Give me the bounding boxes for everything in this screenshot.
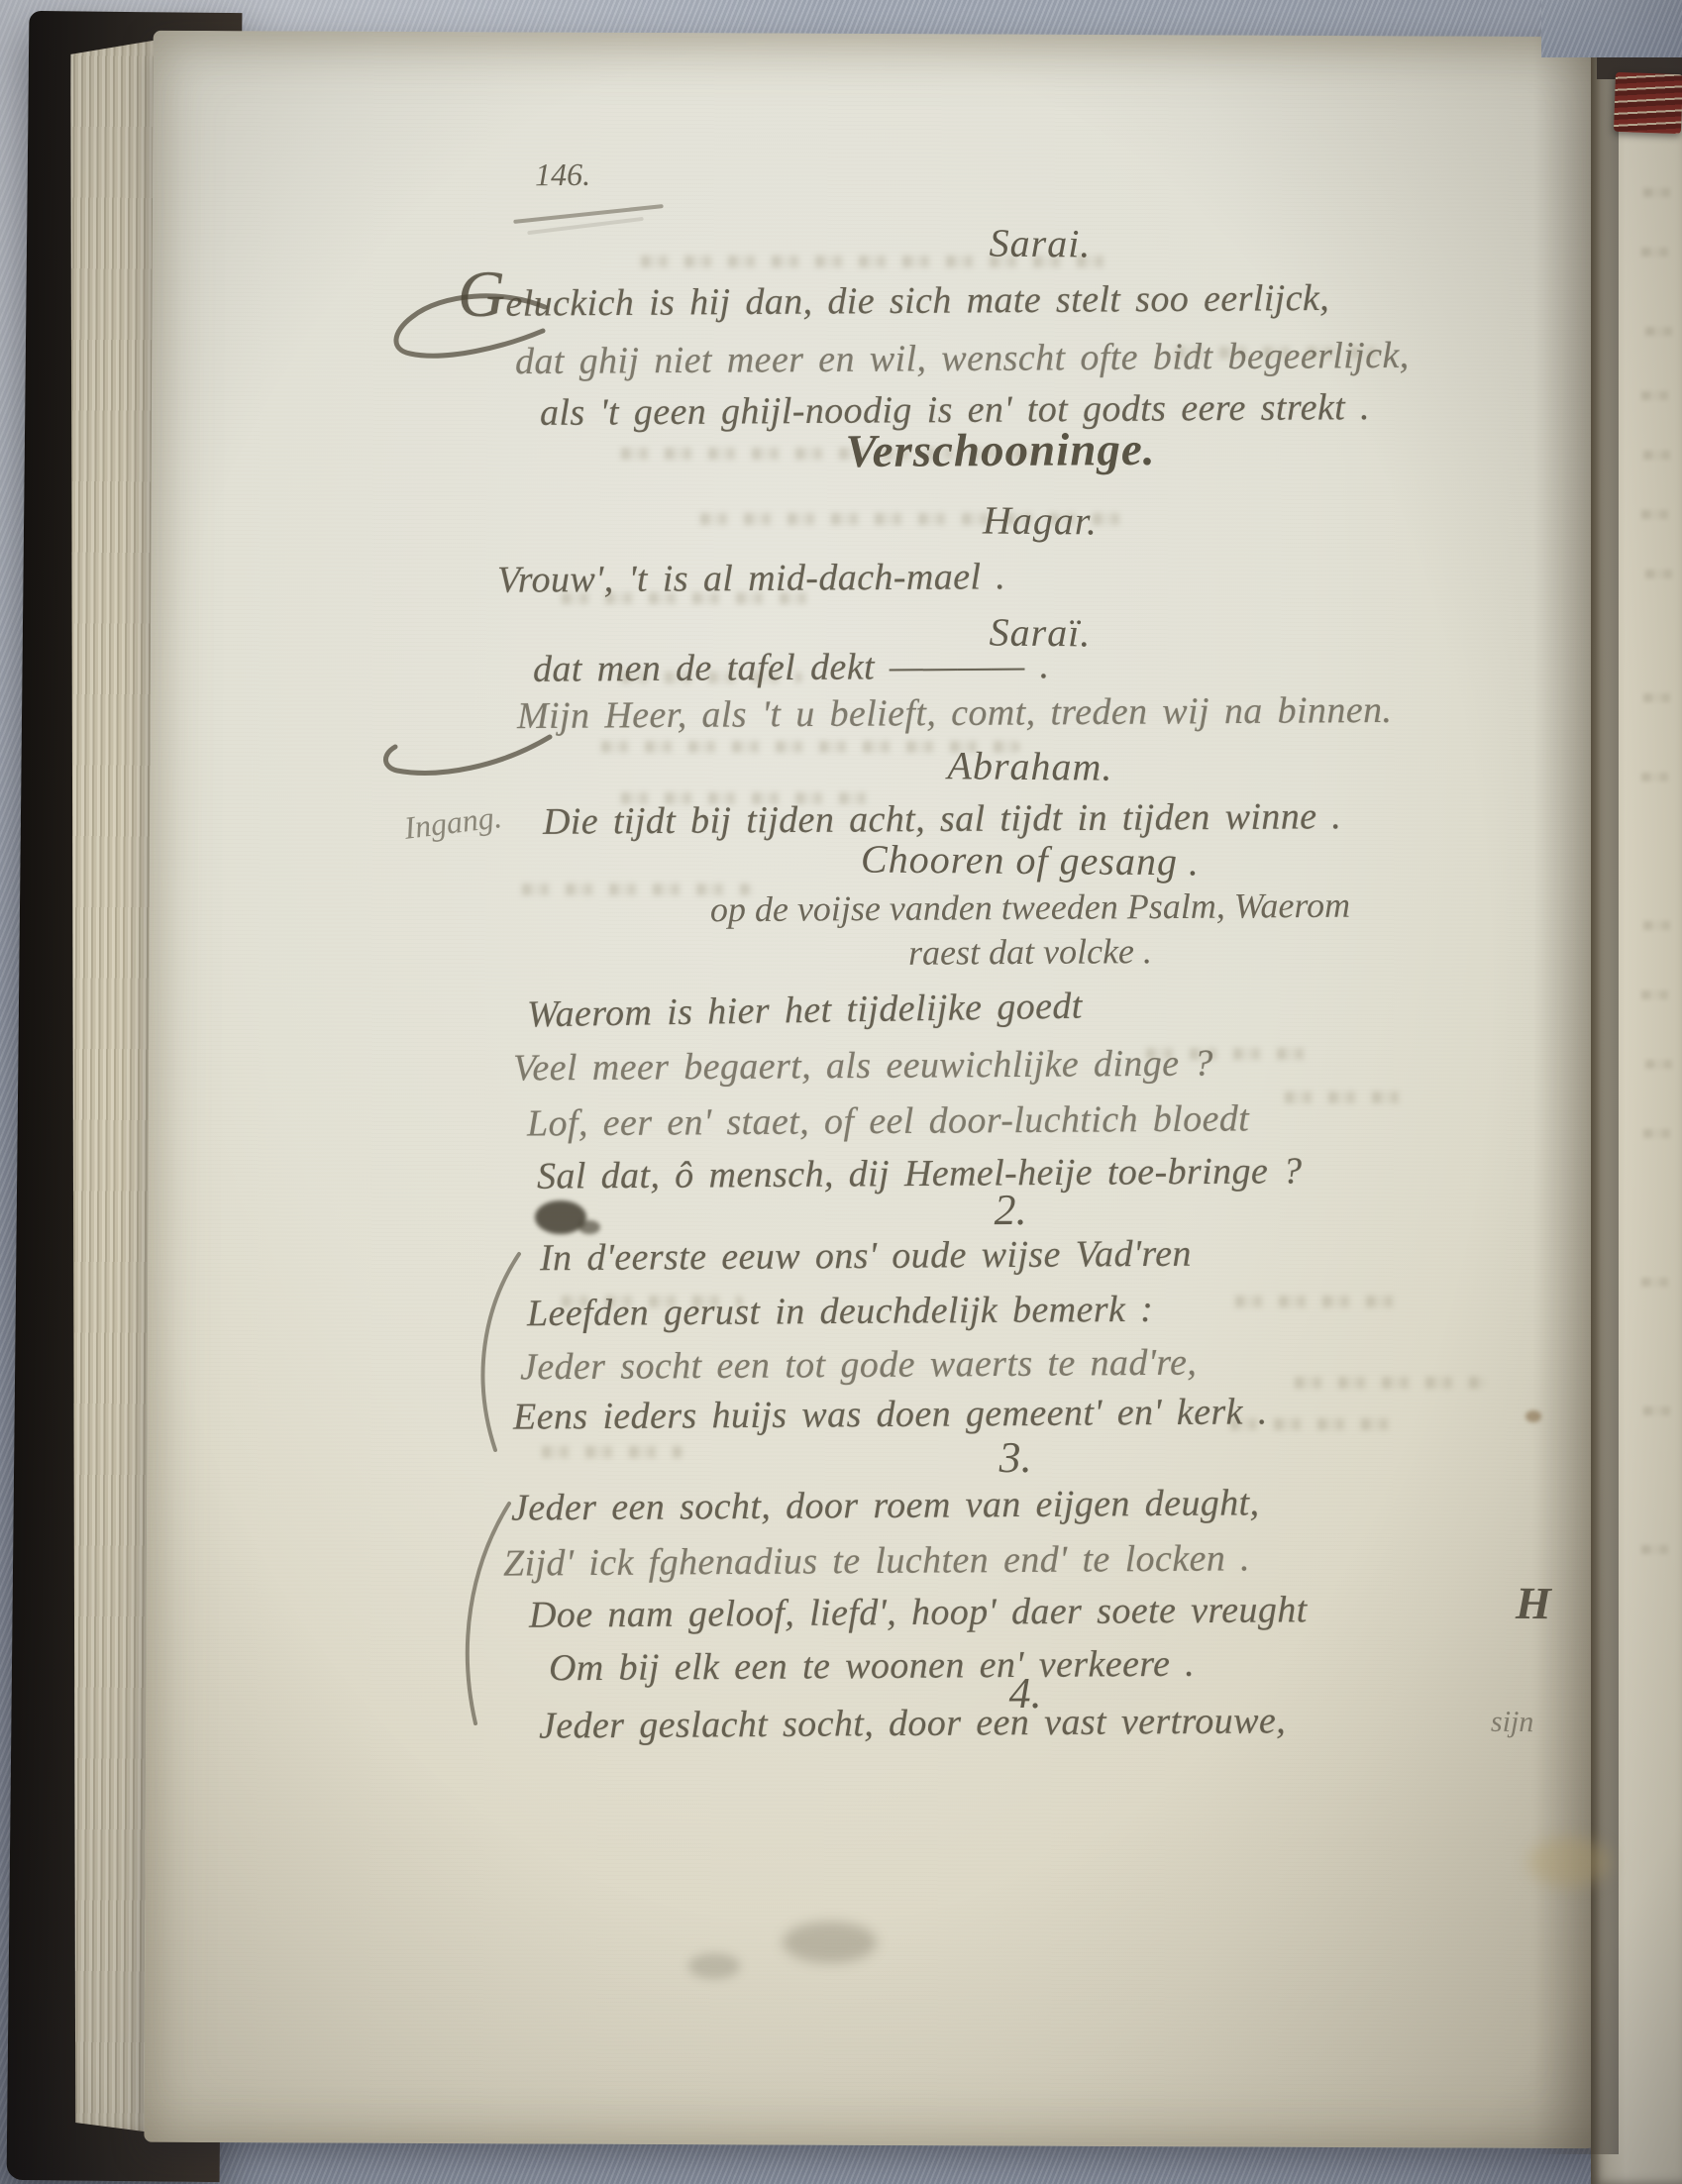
facing-page-text-trace bbox=[1636, 693, 1678, 702]
fabric-corner bbox=[1541, 0, 1682, 57]
tune-note-line: raest dat volcke . bbox=[753, 929, 1308, 975]
yellow-stain bbox=[1527, 1837, 1611, 1887]
facing-page-text-trace bbox=[1636, 1129, 1678, 1138]
bleed-through-line bbox=[1278, 1092, 1407, 1103]
page-number: 146. bbox=[535, 156, 590, 193]
facing-page-text-trace bbox=[1634, 391, 1678, 400]
verse-line: dat ghij niet meer en wil, wenscht ofte … bbox=[515, 334, 1410, 383]
speaker-heading-abraham: Abraham. bbox=[872, 742, 1189, 791]
verse-line: Mijn Heer, als 't u belieft, comt, trede… bbox=[517, 688, 1393, 738]
facing-page-text-trace bbox=[1636, 1406, 1678, 1415]
verse-line: Vrouw', 't is al mid-dach-mael . bbox=[497, 555, 1005, 602]
facing-page-text-trace bbox=[1636, 188, 1676, 197]
verse-line: Jeder geslacht socht, door een vast vert… bbox=[539, 1699, 1286, 1747]
verse-line: Zijd' ick fghenadius te luchten end' te … bbox=[503, 1536, 1250, 1585]
verse-line: Eens ieders huijs was doen gemeent' en' … bbox=[513, 1390, 1268, 1438]
verse-line: Veel meer begaert, als eeuwichlijke ding… bbox=[513, 1042, 1213, 1091]
photograph-background-fabric: 146. Sarai. Geluckich is hij dan, die si… bbox=[0, 0, 1682, 2184]
pen-flourish bbox=[446, 1496, 521, 1731]
verse-line: Geluckich is hij dan, die sich mate stel… bbox=[458, 276, 1329, 326]
facing-page-text-trace bbox=[1634, 773, 1678, 781]
smudge-stain bbox=[783, 1922, 877, 1963]
facing-page-text-trace bbox=[1634, 1545, 1678, 1554]
facing-page-text-trace bbox=[1634, 510, 1678, 519]
stanza-number-3: 3. bbox=[956, 1432, 1075, 1484]
stanza-number-2: 2. bbox=[951, 1185, 1070, 1236]
facing-page-text-trace bbox=[1634, 1278, 1678, 1287]
scene-heading-verschooninge: Verschooninge. bbox=[783, 422, 1218, 478]
verse-line: dat men de tafel dekt ———— . bbox=[533, 644, 1050, 691]
facing-page-text-trace bbox=[1636, 451, 1678, 460]
verse-line: Leefden gerust in deuchdelijk bemerk : bbox=[527, 1288, 1153, 1335]
scene-heading-chooren: Chooren of gesang . bbox=[753, 835, 1308, 886]
bleed-through-line bbox=[535, 1446, 683, 1458]
verse-line: Lof, eer en' staet, of eel door-luchtich… bbox=[527, 1096, 1249, 1145]
facing-page-text-trace bbox=[1638, 1060, 1678, 1069]
verse-line: Sal dat, ô mensch, dij Hemel-heije toe-b… bbox=[537, 1149, 1303, 1197]
facing-page-text-trace bbox=[1638, 570, 1678, 578]
red-headband bbox=[1614, 72, 1682, 134]
speaker-heading-hagar: Hagar. bbox=[892, 496, 1189, 546]
verse-line: Doe nam geloof, liefd', hoop' daer soete… bbox=[529, 1588, 1308, 1636]
catchword: sijn bbox=[1491, 1706, 1534, 1739]
brown-spot bbox=[1525, 1410, 1541, 1422]
verse-line: In d'eerste eeuw ons' oude wijse Vad'ren bbox=[540, 1232, 1192, 1281]
facing-page-text-trace bbox=[1634, 990, 1678, 999]
ink-stain bbox=[578, 1220, 600, 1234]
facing-page-text-trace bbox=[1638, 327, 1678, 336]
facing-page-text-trace bbox=[1636, 921, 1678, 930]
verse-line: Jeder socht een tot gode waerts te nad'r… bbox=[520, 1341, 1198, 1390]
verse-line: Om bij elk een te woonen en' verkeere . bbox=[549, 1642, 1195, 1691]
tune-note-line: op de voijse vanden tweeden Psalm, Waero… bbox=[634, 884, 1426, 931]
correction-mark: H bbox=[1516, 1577, 1551, 1629]
bleed-through-line bbox=[1288, 1377, 1486, 1389]
bleed-through-line bbox=[1228, 1296, 1397, 1307]
verse-line: Waerom is hier het tijdelijke goedt bbox=[527, 985, 1083, 1037]
speaker-heading-sarai: Sarai. bbox=[892, 219, 1189, 268]
verse-line: Jeder een socht, door roem van eijgen de… bbox=[511, 1481, 1260, 1529]
facing-page-text-trace bbox=[1634, 248, 1678, 257]
smudge-stain bbox=[688, 1953, 740, 1979]
